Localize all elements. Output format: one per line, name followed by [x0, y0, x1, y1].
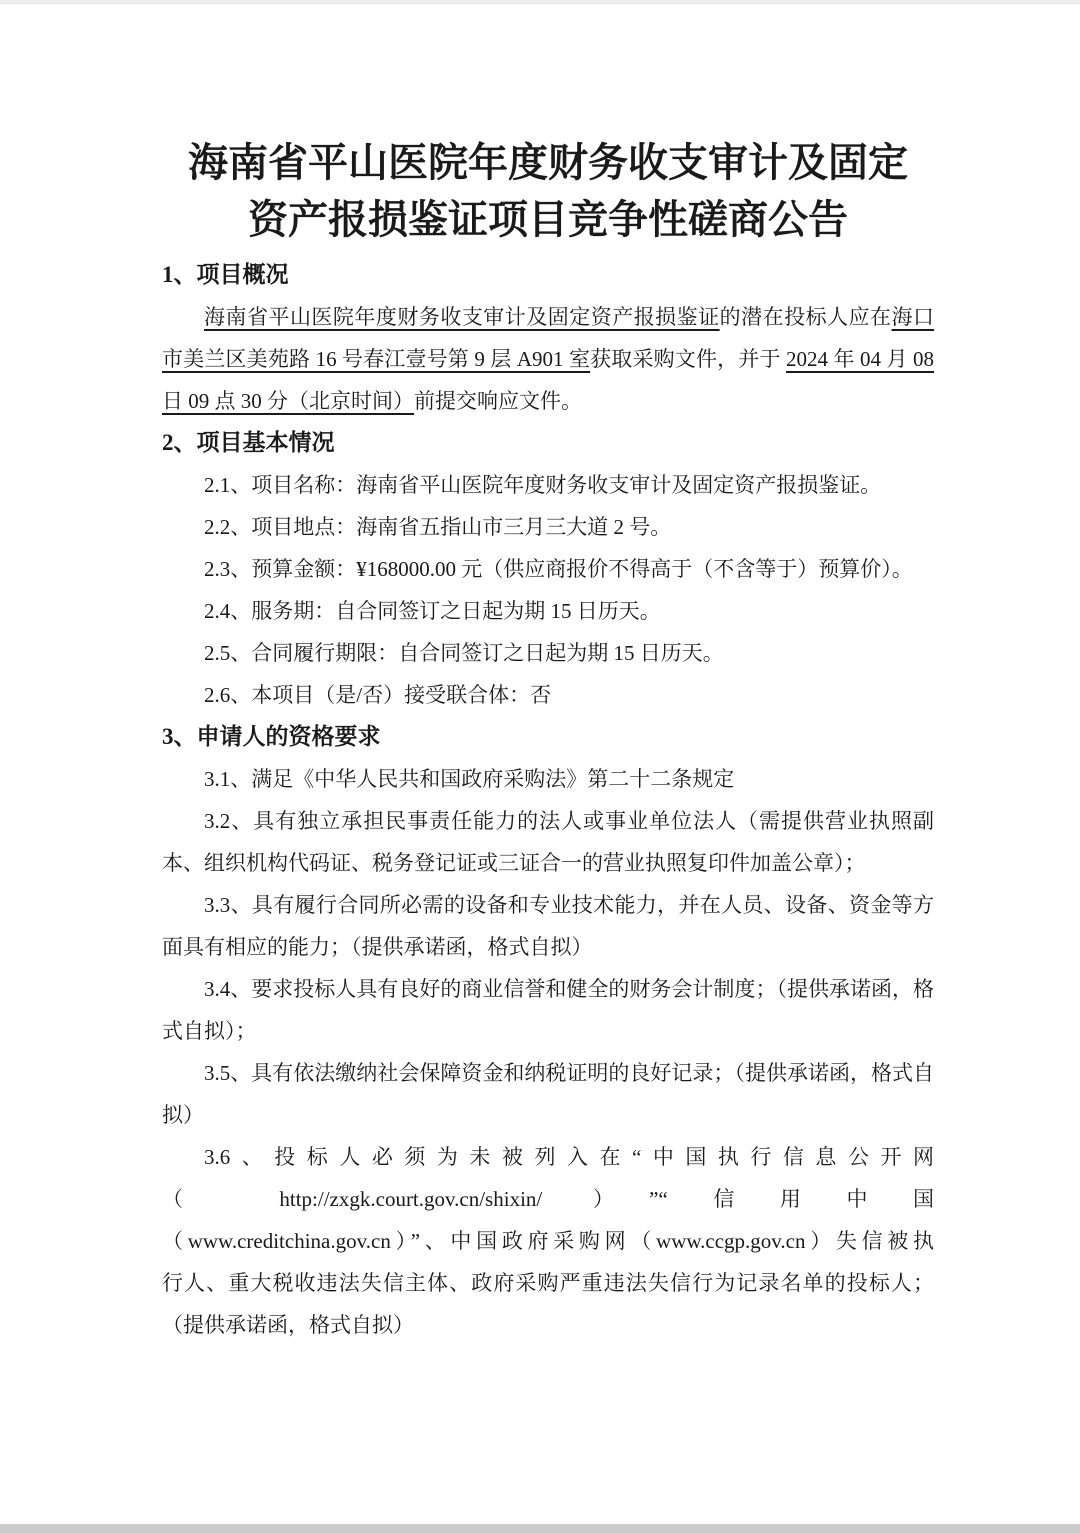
item-2-1-project-name: 2.1、项目名称：海南省平山医院年度财务收支审计及固定资产报损鉴证。	[162, 464, 934, 506]
section-1-paragraph: 海南省平山医院年度财务收支审计及固定资产报损鉴证的潜在投标人应在海口市美兰区美苑…	[162, 296, 934, 422]
item-2-5-contract-period: 2.5、合同履行期限：自合同签订之日起为期 15 日历天。	[162, 632, 934, 674]
item-2-2-project-location: 2.2、项目地点：海南省五指山市三月三大道 2 号。	[162, 506, 934, 548]
item-3-6-line-5: （提供承诺函，格式自拟）	[162, 1304, 934, 1346]
item-2-3-budget-amount: 2.3、预算金额：¥168000.00 元（供应商报价不得高于（不含等于）预算价…	[162, 548, 934, 590]
title-line-2: 资产报损鉴证项目竞争性磋商公告	[162, 191, 934, 248]
plain-text-2: 获取采购文件，并于	[590, 347, 786, 371]
item-3-2-legal-entity: 3.2、具有独立承担民事责任能力的法人或事业单位法人（需提供营业执照副本、组织机…	[162, 800, 934, 884]
document-page: 海南省平山医院年度财务收支审计及固定 资产报损鉴证项目竞争性磋商公告 1、项目概…	[0, 0, 1080, 1346]
title-line-1: 海南省平山医院年度财务收支审计及固定	[162, 134, 934, 191]
page-bottom-edge-bar	[0, 1524, 1080, 1533]
plain-text-3: 前提交响应文件。	[414, 389, 582, 413]
item-3-6-line-1: 3.6、投标人必须为未被列入在“中国执行信息公开网	[162, 1136, 934, 1178]
section-2-heading: 2、项目基本情况	[162, 422, 934, 464]
document-title: 海南省平山医院年度财务收支审计及固定 资产报损鉴证项目竞争性磋商公告	[162, 134, 934, 248]
item-2-6-consortium: 2.6、本项目（是/否）接受联合体：否	[162, 674, 934, 716]
item-3-6-line-2-url: （ http://zxgk.court.gov.cn/shixin/ ）”“信用…	[162, 1178, 934, 1220]
item-3-4-reputation: 3.4、要求投标人具有良好的商业信誉和健全的财务会计制度；（提供承诺函，格式自拟…	[162, 968, 934, 1052]
item-3-6-line-3-url: （www.creditchina.gov.cn）”、中国政府采购网（www.cc…	[162, 1220, 934, 1262]
underlined-project-name: 海南省平山医院年度财务收支审计及固定资产报损鉴证	[204, 305, 720, 329]
item-3-5-tax-record: 3.5、具有依法缴纳社会保障资金和纳税证明的良好记录；（提供承诺函，格式自拟）	[162, 1052, 934, 1136]
item-2-4-service-period: 2.4、服务期：自合同签订之日起为期 15 日历天。	[162, 590, 934, 632]
item-3-1-law-requirement: 3.1、满足《中华人民共和国政府采购法》第二十二条规定	[162, 758, 934, 800]
section-1-heading: 1、项目概况	[162, 254, 934, 296]
item-3-3-capability: 3.3、具有履行合同所必需的设备和专业技术能力，并在人员、设备、资金等方面具有相…	[162, 884, 934, 968]
section-3-heading: 3、申请人的资格要求	[162, 716, 934, 758]
item-3-6-line-4: 行人、重大税收违法失信主体、政府采购严重违法失信行为记录名单的投标人；	[162, 1262, 934, 1304]
page-top-edge	[0, 0, 1080, 4]
plain-text-1: 的潜在投标人应在	[720, 305, 892, 329]
